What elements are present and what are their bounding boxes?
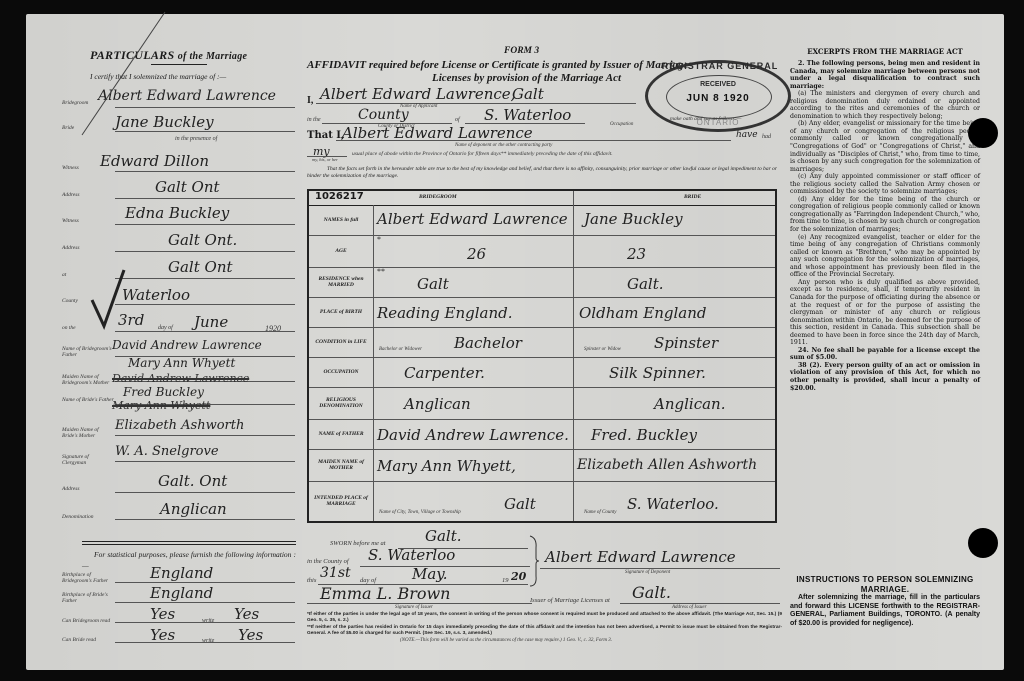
label-witness-2: Witness [62,218,114,224]
bride-occupation: Silk Spinner. [609,364,706,382]
particulars-title-rest: of the Marriage [178,51,248,62]
label-address-2: Address [62,245,114,251]
label-bride-father-birthplace: Birthplace of Bride's Father [62,592,114,604]
age-marker: * [377,235,381,244]
value-witness-1: Edward Dillon [100,152,209,170]
row-label: RELIGIOUS DENOMINATION [309,387,374,419]
deponent-signature-label: Signature of Deponent [625,570,670,575]
value-groom-father: David Andrew Lawrence [112,338,262,352]
excerpt-para-2: 2. The following persons, being men and … [790,60,980,90]
line-witness-2 [115,224,295,225]
label-groom-read: Can Bridegroom read [62,618,114,624]
label-groom-mother: Maiden Name of Bridegroom's Mother [62,374,114,386]
groom-religion: Anglican [404,395,471,413]
value-groom-read: Yes [150,605,175,623]
line-clergy-address [115,492,295,493]
table-row-mother: MAIDEN NAME of MOTHER Mary Ann Whyett, E… [309,449,775,482]
excerpt-para-a: (a) The ministers and clergymen of every… [790,90,980,120]
row-divider [573,387,574,419]
header-divider [573,191,574,205]
row-label: MAIDEN NAME of MOTHER [309,449,374,481]
row-divider [573,205,574,235]
value-clergyman: W. A. Snelgrove [115,444,219,459]
row-label: PLACE of BIRTH [309,297,374,327]
footnote-note: (NOTE.—This form will be varied as the c… [400,638,612,643]
row-divider [573,419,574,449]
label-groom-father: Name of Bridegroom's Father [62,346,114,358]
stamp-received: RECEIVED [648,81,788,88]
footnote-2: **If neither of the parties has resided … [307,625,782,637]
punch-hole-top [968,118,998,148]
applicant-prefix: I, [307,95,313,106]
excerpt-para-38: 38 (2). Every person guilty of an act or… [790,362,980,392]
sworn-this-label: this [307,577,316,584]
row-label: RESIDENCE when MARRIED [309,267,374,297]
col-bridegroom: BRIDEGROOM [419,194,457,200]
line-groom-father-birthplace [115,582,295,583]
bride-religion: Anglican. [654,395,725,413]
stamp-outer-text: REGISTRAR GENERAL [658,61,782,71]
line-issuer-address [620,603,780,604]
occupation-label: Occupation [610,122,633,127]
value-month: June [194,313,228,331]
label-on-the: on the [62,325,114,331]
bride-place: S. Waterloo. [627,495,719,513]
row-divider [573,267,574,297]
table-row-residence: RESIDENCE when MARRIED ** Galt Galt. [309,267,775,298]
groom-father: David Andrew Lawrence. [377,426,569,444]
sworn-year-prefix: 19 [502,577,509,584]
abode-text: usual place of abode within the Province… [352,151,613,157]
row-label: INTENDED PLACE of MARRIAGE [309,481,374,521]
pen-stroke-mark [80,10,170,140]
county-name-value: S. Waterloo [484,106,571,124]
groom-age: 26 [467,245,486,263]
sworn-day-of-label: day of [360,577,376,584]
bride-residence: Galt. [627,275,664,293]
instructions-title: INSTRUCTIONS TO PERSON SOLEMNIZING MARRI… [790,575,980,594]
punch-hole-bottom [968,528,998,558]
serial-number: 1026217 [315,191,364,202]
sworn-county: S. Waterloo [368,546,455,564]
line-deponent-signature [540,568,780,569]
sworn-county-label: in the County of [307,558,349,565]
facts-text: That the facts set forth in the hereunde… [307,166,777,180]
row-label: CONDITION in LIFE [309,327,374,357]
brace-bracket [528,534,540,588]
affidavit-heading-1: AFFIDAVIT required before License or Cer… [307,59,688,71]
issuer-address: Galt. [632,583,671,602]
county-type-value: County [358,107,409,123]
row-label: NAMES in full [309,205,374,235]
particulars-table: 1026217 BRIDEGROOM BRIDE NAMES in full A… [307,189,777,523]
value-year: 1920 [265,324,281,333]
applicant-place: Galt [512,85,544,103]
col-bride: BRIDE [684,194,701,200]
label-bride-read: Can Bride read [62,637,114,643]
value-bride-mother: Elizabeth Ashworth [115,418,244,433]
bride-father: Fred. Buckley [591,426,697,444]
struck-groom-mother: David Andrew Lawrence [112,372,249,385]
value-groom-write: Yes [234,605,259,623]
label-bride-write: write [202,638,214,644]
bride-place-hint: Name of County [584,510,617,515]
my-label: my, his, or her [312,157,338,162]
issuer-signature: Emma L. Brown [320,584,450,603]
issuer-signature-label: Signature of Issuer [395,605,433,610]
excerpts-from-act: EXCERPTS FROM THE MARRIAGE ACT 2. The fo… [790,48,980,392]
line-denomination [115,519,295,520]
in-the-label: in the [307,117,321,123]
bride-condition-hint: Spinster or Widow [584,347,621,352]
bride-age: 23 [627,245,646,263]
table-row-occupation: OCCUPATION Carpenter. Silk Spinner. [309,357,775,388]
table-row-birthplace: PLACE of BIRTH Reading England. Oldham E… [309,297,775,328]
line-bride-father-birthplace [115,602,295,603]
struck-bride-father: Mary Ann Whyett [112,399,210,412]
excerpt-para-b: (b) Any elder, evangelist or missionary … [790,120,980,173]
sworn-month: May. [412,565,448,583]
value-bride-father-birthplace: England [150,584,213,602]
value-address-2: Galt Ont. [168,231,237,249]
bride-birthplace: Oldham England [579,304,707,322]
of-label: of [455,117,460,123]
groom-mother: Mary Ann Whyett, [377,457,516,475]
residence-marker: ** [377,267,385,276]
divider-top [82,541,296,542]
row-label: OCCUPATION [309,357,374,387]
value-bride-write: Yes [238,626,263,644]
groom-birthplace: Reading England. [377,304,513,322]
label-groom-father-birthplace: Birthplace of Bridegroom's Father [62,572,114,584]
excerpt-para-24: 24. No fee shall be payable for a licens… [790,347,980,362]
label-presence: in the presence of [175,136,217,142]
sworn-place: Galt. [425,527,462,545]
value-denomination: Anglican [160,500,227,518]
value-day: 3rd [118,311,144,329]
issuer-address-label: Address of Issuer [672,605,707,610]
table-row-father: NAME of FATHER David Andrew Lawrence. Fr… [309,419,775,450]
table-header: 1026217 BRIDEGROOM BRIDE [309,191,775,206]
excerpt-para-c: (c) Any duly appointed commissioner or s… [790,173,980,196]
table-row-condition: CONDITION in LIFE Bachelor or Widower Ba… [309,327,775,358]
value-address-1: Galt Ont [155,178,220,196]
label-day-of: day of [158,325,173,331]
label-clergy-address: Address [62,486,114,492]
bride-names: Jane Buckley [584,210,683,228]
value-witness-2: Edna Buckley [125,204,229,222]
value-county: Waterloo [122,286,190,304]
row-divider [573,235,574,267]
sworn-day: 31st [320,565,351,581]
deponent-label: Name of deponent or the other contractin… [455,143,552,148]
have-value: have [736,130,758,140]
applicant-name: Albert Edward Lawrence, [320,85,515,103]
sworn-year: 20 [511,570,526,583]
row-divider [573,481,574,521]
instructions-block: INSTRUCTIONS TO PERSON SOLEMNIZING MARRI… [790,575,980,628]
value-groom-mother: Mary Ann Whyett [128,356,235,370]
label-address-1: Address [62,192,114,198]
value-at: Galt Ont [168,258,233,276]
deponent-name: Albert Edward Lawrence [342,124,533,142]
line-applicant [316,103,636,104]
row-divider [573,357,574,387]
bride-mother: Elizabeth Allen Ashworth [577,457,757,473]
divider-bottom [82,544,296,545]
issuer-at-label: Issuer of Marriage Licenses at [530,597,610,604]
deponent-signature: Albert Edward Lawrence [545,548,736,566]
had-label: had [762,134,771,140]
bride-condition: Spinster [654,334,718,352]
excerpt-para-residence: Any person who is duly qualified as abov… [790,279,980,347]
line-at [115,278,295,279]
instructions-text: After solemnizing the marriage, fill in … [790,594,980,628]
groom-condition-hint: Bachelor or Widower [379,347,422,352]
excerpt-para-e: (e) Any recognized evangelist, teacher o… [790,234,980,279]
label-bride-father: Name of Bride's Father [62,397,114,403]
line-clergyman [115,461,295,462]
line-bride-mother [115,435,295,436]
row-label: AGE [309,235,374,267]
row-divider [573,327,574,357]
row-divider [573,297,574,327]
groom-residence: Galt [417,275,449,293]
line-county [115,304,295,305]
value-bride-read: Yes [150,626,175,644]
excerpt-para-d: (d) Any elder for the time being of the … [790,196,980,234]
stamp-date: JUN 8 1920 [648,93,788,104]
line-issuer-signature [307,603,532,604]
label-bride-mother: Maiden Name of Bride's Mother [62,427,114,439]
form-number: FORM 3 [504,46,539,56]
stamp-bottom-text: ONTARIO [648,118,788,127]
label-clergyman: Signature of Clergyman [62,454,114,466]
row-divider [573,449,574,481]
registrar-stamp: REGISTRAR GENERAL RECEIVED JUN 8 1920 ON… [645,60,791,132]
row-label: NAME of FATHER [309,419,374,449]
label-groom-write: write [202,618,214,624]
groom-occupation: Carpenter. [404,364,485,382]
table-row-religion: RELIGIOUS DENOMINATION Anglican Anglican… [309,387,775,420]
line-address-2 [115,251,295,252]
table-row-age: AGE * 26 23 [309,235,775,268]
groom-condition: Bachelor [454,334,522,352]
table-row-names: NAMES in full Albert Edward Lawrence Jan… [309,205,775,236]
groom-place-hint: Name of City, Town, Village or Township [379,510,461,515]
excerpts-title: EXCERPTS FROM THE MARRIAGE ACT [790,48,980,56]
footnote-1: *If either of the parties is under the l… [307,612,782,624]
value-clergy-address: Galt. Ont [158,472,227,490]
table-row-place: INTENDED PLACE of MARRIAGE Name of City,… [309,481,775,521]
groom-place: Galt [504,495,536,513]
line-address-1 [115,198,295,199]
label-denomination: Denomination [62,514,114,520]
line-witness-1 [115,171,295,172]
value-bride-father: Fred Buckley [123,385,204,399]
affidavit-heading-2: Licenses by provision of the Marriage Ac… [432,72,621,84]
groom-names: Albert Edward Lawrence [377,210,568,228]
value-groom-father-birthplace: England [150,564,213,582]
